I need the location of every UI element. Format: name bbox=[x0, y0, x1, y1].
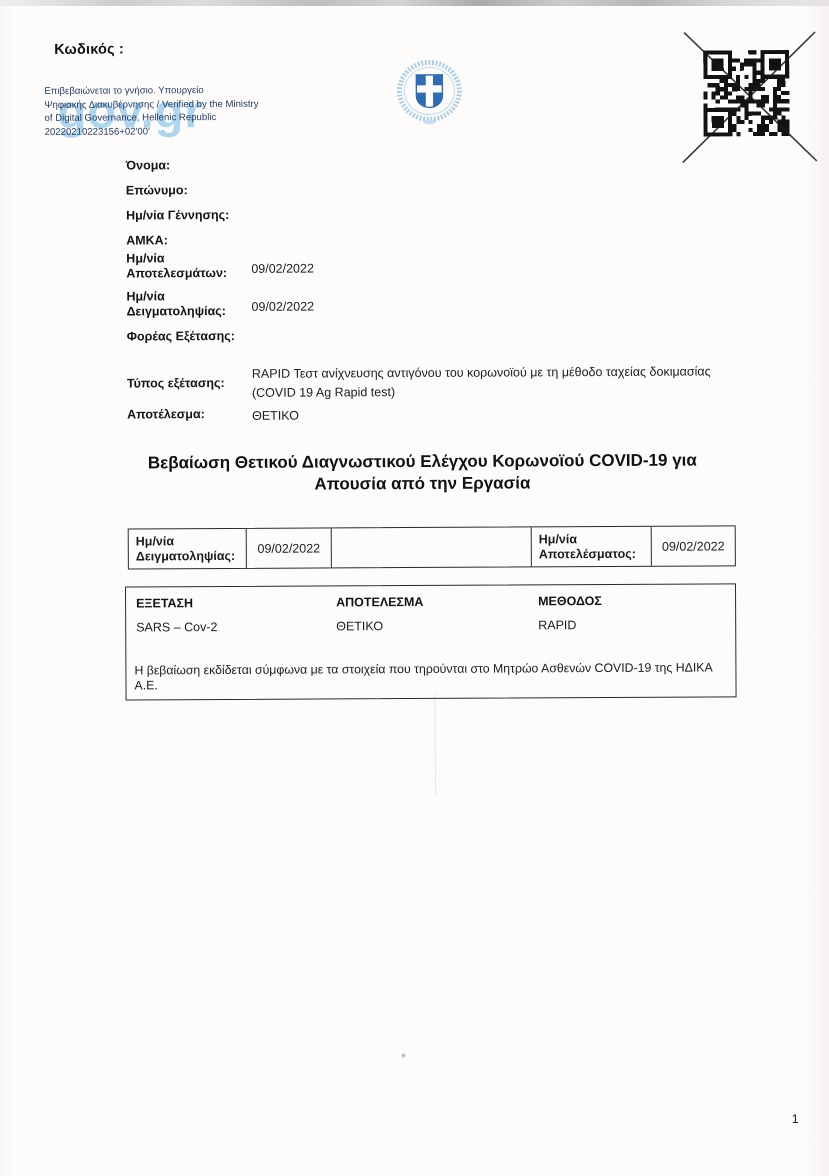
table-label-line: Δειγματοληψίας: bbox=[136, 548, 246, 563]
table-label-line: Ημ/νία bbox=[136, 534, 246, 549]
stamp-line: Ψηφιακής Διακυβέρνησης / Verified by the… bbox=[44, 97, 274, 112]
stamp-timestamp: 20220210223156+02'00' bbox=[45, 125, 275, 140]
certificate-title: Βεβαίωση Θετικού Διαγνωστικού Ελέγχου Κο… bbox=[87, 449, 757, 497]
field-label-line: Δειγματοληψίας: bbox=[127, 304, 226, 320]
certificate-title-line: Απουσία από την Εργασία bbox=[87, 471, 757, 497]
field-label-surname: Επώνυμο: bbox=[126, 183, 188, 198]
dates-table-empty-cell bbox=[332, 527, 532, 567]
field-value-result: ΘΕΤΙΚΟ bbox=[252, 407, 299, 426]
field-label-sampling-date: Ημ/νία Δειγματοληψίας: bbox=[126, 289, 226, 320]
field-value-results-date: 09/02/2022 bbox=[251, 260, 314, 279]
test-type-line: (COVID 19 Ag Rapid test) bbox=[252, 381, 736, 403]
qr-cross-out-mark bbox=[679, 28, 820, 165]
result-table-header-result: ΑΠΟΤΕΛΕΣΜΑ bbox=[336, 595, 423, 609]
field-label-line: Ημ/νία bbox=[126, 289, 225, 305]
dates-table-result-label: Ημ/νία Αποτελέσματος: bbox=[532, 527, 652, 567]
result-table-cell-method: RAPID bbox=[538, 618, 576, 632]
page-number: 1 bbox=[792, 1112, 799, 1126]
dates-table-sampling-value: 09/02/2022 bbox=[247, 528, 332, 567]
test-type-line: RAPID Τεστ ανίχνευσης αντιγόνου του κορω… bbox=[252, 362, 736, 384]
field-label-line: Αποτελεσμάτων: bbox=[126, 266, 227, 282]
table-label-line: Ημ/νία bbox=[539, 532, 651, 547]
field-label-name: Όνομα: bbox=[126, 158, 170, 173]
field-label-line: Ημ/νία bbox=[126, 251, 227, 267]
result-table-header-method: ΜΕΘΟΔΟΣ bbox=[538, 594, 602, 608]
field-label-birth-date: Ημ/νία Γέννησης: bbox=[126, 208, 229, 224]
dates-table: Ημ/νία Δειγματοληψίας: 09/02/2022 Ημ/νία… bbox=[128, 525, 736, 569]
hellenic-republic-coat-of-arms-icon bbox=[394, 60, 464, 128]
stamp-line: Επιβεβαιώνεται το γνήσιο. Υπουργείο bbox=[44, 84, 274, 99]
result-table: ΕΞΕΤΑΣΗ ΑΠΟΤΕΛΕΣΜΑ ΜΕΘΟΔΟΣ SARS – Cov-2 … bbox=[125, 583, 737, 700]
field-label-results-date: Ημ/νία Αποτελεσμάτων: bbox=[126, 251, 227, 282]
dates-table-result-value: 09/02/2022 bbox=[652, 526, 735, 565]
field-value-test-type: RAPID Τεστ ανίχνευσης αντιγόνου του κορω… bbox=[252, 362, 736, 403]
field-value-sampling-date: 09/02/2022 bbox=[251, 298, 314, 317]
field-label-test-type: Τύπος εξέτασης: bbox=[127, 376, 225, 392]
result-table-cell-result: ΘΕΤΙΚΟ bbox=[336, 619, 383, 633]
registry-note: Η βεβαίωση εκδίδεται σύμφωνα με τα στοιχ… bbox=[134, 660, 732, 693]
result-table-cell-exam: SARS – Cov-2 bbox=[136, 620, 217, 634]
stamp-line: of Digital Governance, Hellenic Republic bbox=[45, 111, 275, 126]
field-label-test-provider: Φορέας Εξέτασης: bbox=[127, 329, 235, 345]
certificate-document: Κωδικός : gov.gr Επιβεβαιώνεται το γνήσι… bbox=[0, 0, 829, 1176]
result-table-header-exam: ΕΞΕΤΑΣΗ bbox=[136, 596, 193, 610]
table-label-line: Αποτελέσματος: bbox=[539, 546, 651, 561]
certificate-title-line: Βεβαίωση Θετικού Διαγνωστικού Ελέγχου Κο… bbox=[87, 449, 757, 475]
scan-streak-artifact bbox=[435, 693, 437, 795]
code-label: Κωδικός : bbox=[54, 42, 124, 58]
field-label-amka: ΑΜΚΑ: bbox=[126, 233, 168, 248]
digital-signature-stamp: Επιβεβαιώνεται το γνήσιο. Υπουργείο Ψηφι… bbox=[44, 84, 274, 140]
dates-table-sampling-label: Ημ/νία Δειγματοληψίας: bbox=[129, 529, 247, 569]
field-label-result: Αποτέλεσμα: bbox=[127, 407, 205, 422]
scan-speck-artifact bbox=[401, 1053, 405, 1058]
